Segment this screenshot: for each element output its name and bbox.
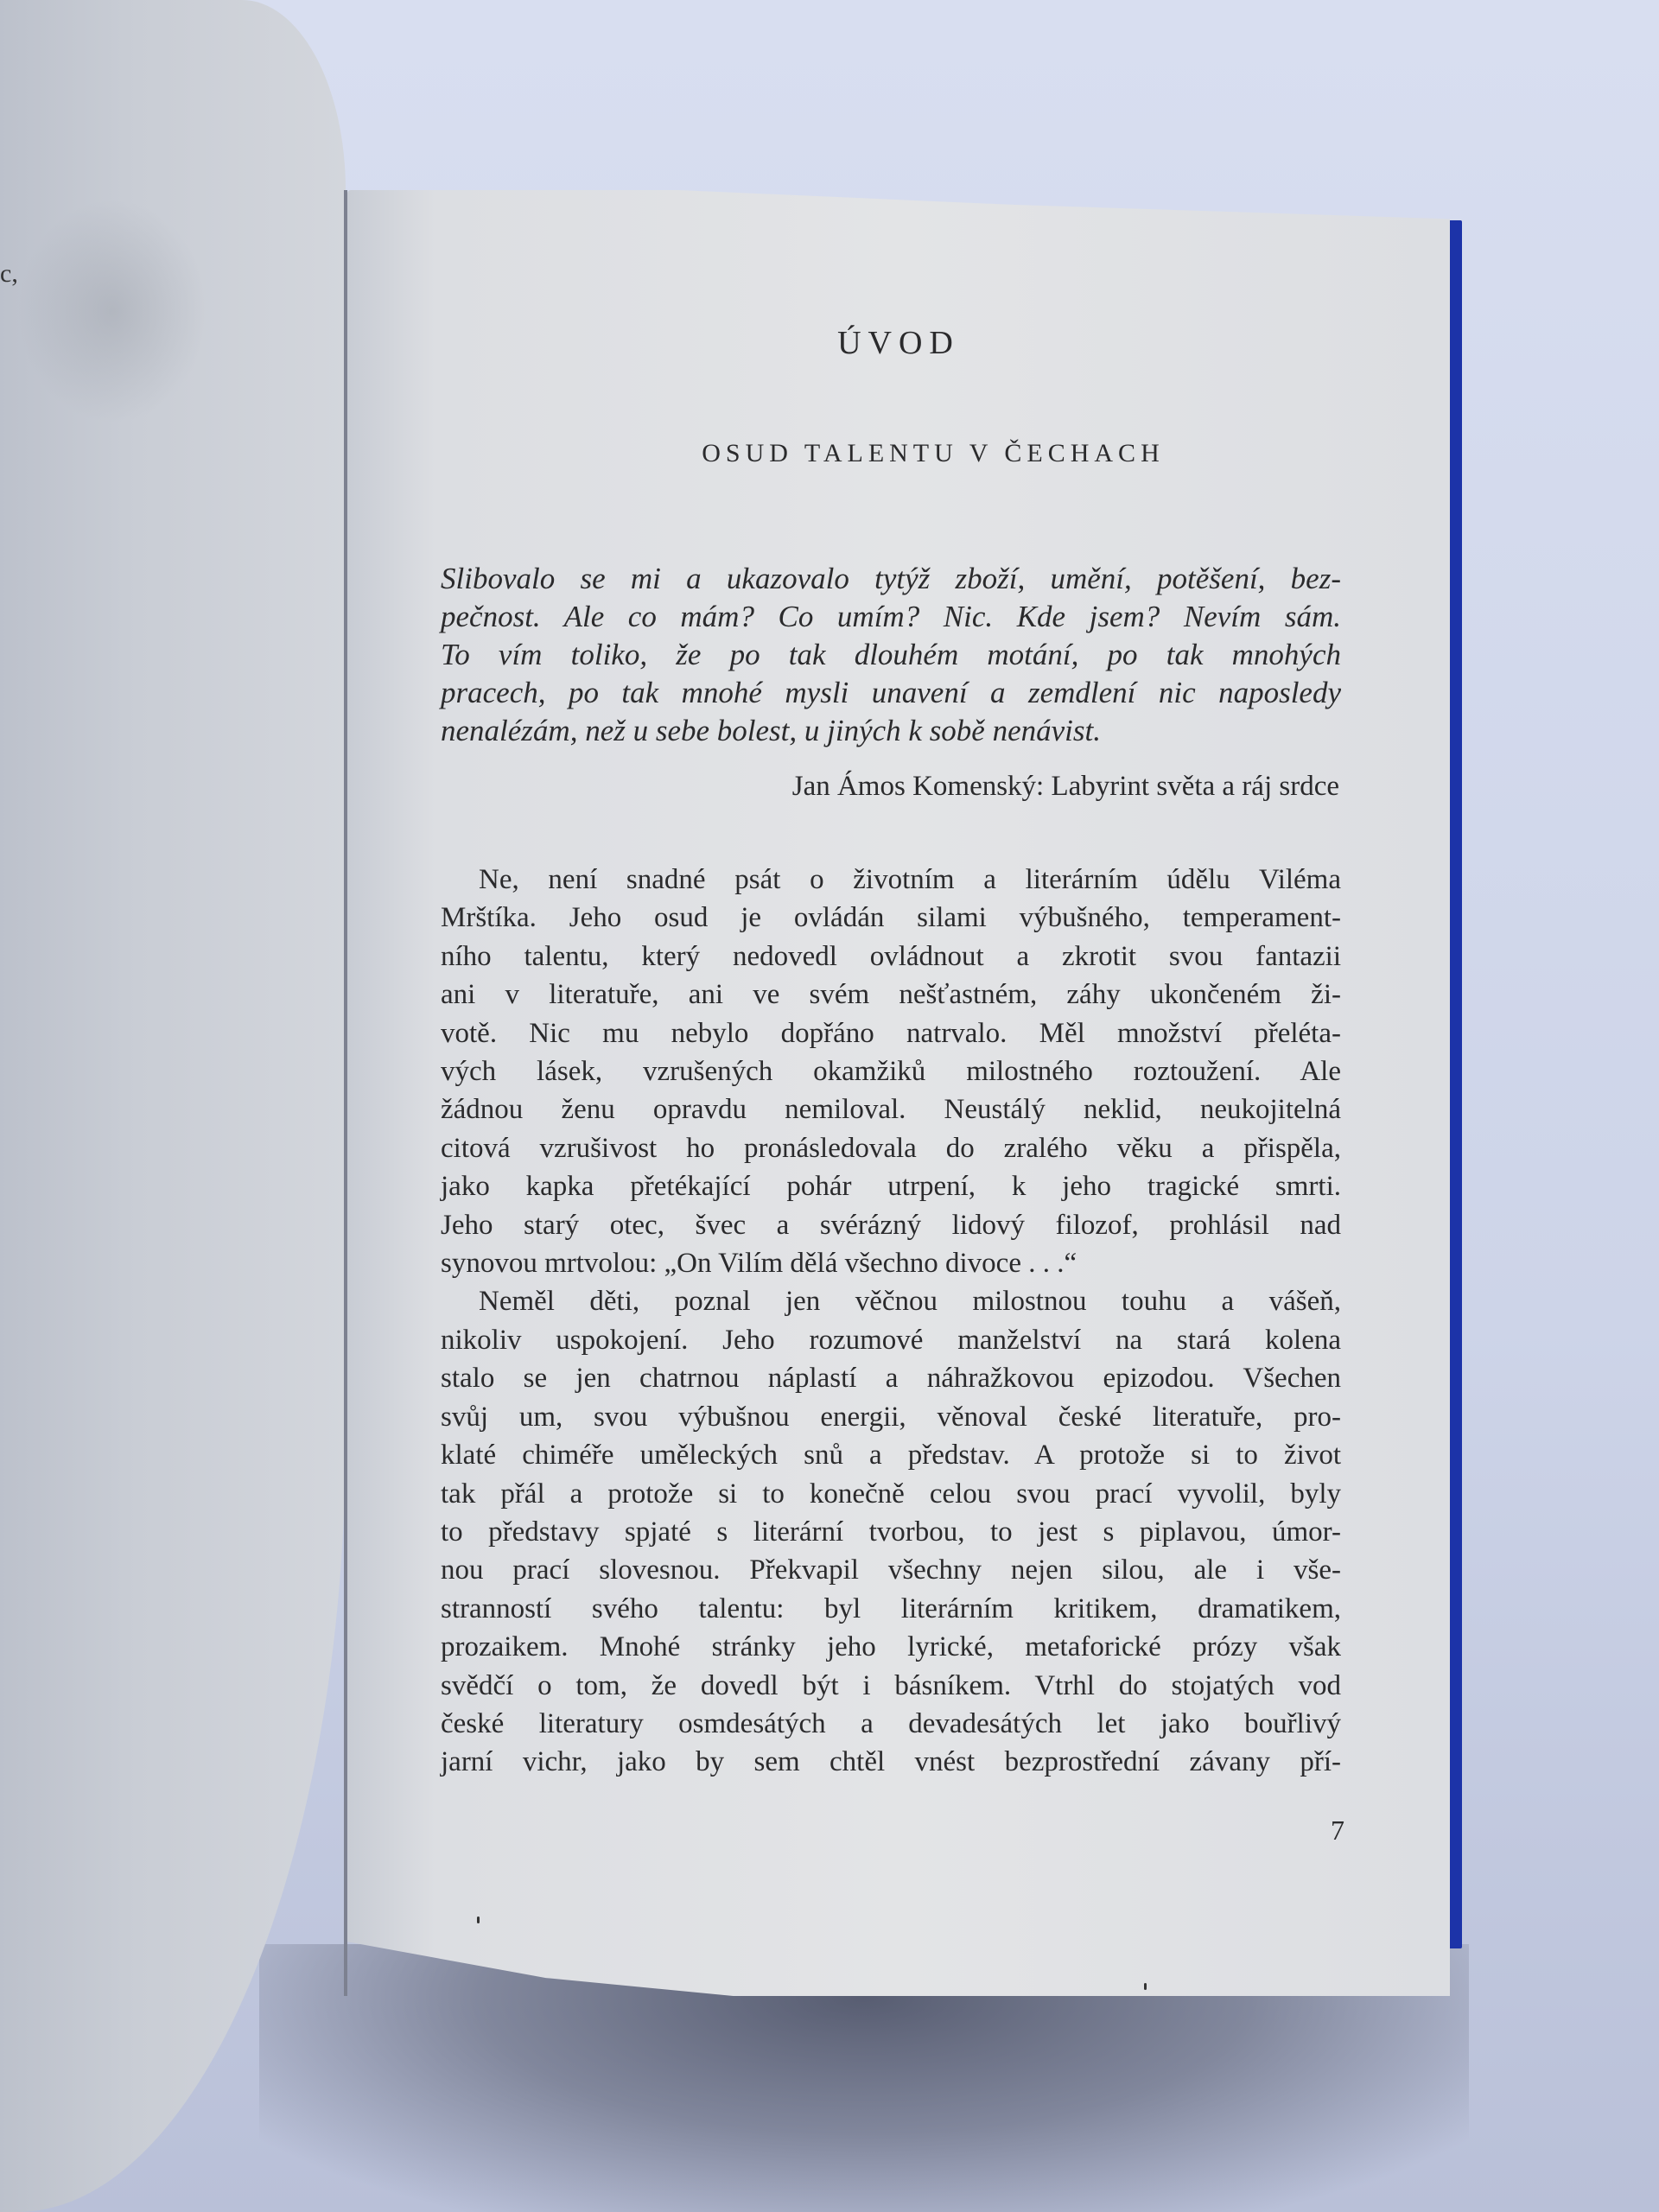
body-line: Mrštíka. Jeho osud je ovládán silami výb… <box>441 899 1341 937</box>
body-line: svědčí o tom, že dovedl být i básníkem. … <box>441 1667 1341 1705</box>
body-line: nikoliv uspokojení. Jeho rozumové manžel… <box>441 1321 1341 1359</box>
show-through-text <box>17 199 207 423</box>
body-line: jako kapka přetékající pohár utrpení, k … <box>441 1167 1341 1205</box>
body-line: jarní vichr, jako by sem chtěl vnést bez… <box>441 1743 1341 1781</box>
body-line: to představy spjaté s literární tvorbou,… <box>441 1513 1341 1551</box>
epigraph-line: To vím toliko, že po tak dlouhém motání,… <box>441 636 1341 674</box>
epigraph-line: pečnost. Ale co mám? Co umím? Nic. Kde j… <box>441 598 1341 636</box>
chapter-subtitle: OSUD TALENTU V ČECHACH <box>347 439 1450 468</box>
paper-speck <box>1144 1983 1147 1990</box>
body-line: tak přál a protože si to konečně celou s… <box>441 1475 1341 1513</box>
body-line: klaté chiméře uměleckých snů a představ.… <box>441 1436 1341 1474</box>
right-page: ÚVOD OSUD TALENTU V ČECHACH Slibovalo se… <box>347 190 1450 1996</box>
body-line: Jeho starý otec, švec a svérázný lidový … <box>441 1206 1341 1244</box>
epigraph-line: nenalézám, než u sebe bolest, u jiných k… <box>441 712 1341 750</box>
body-line: Ne, není snadné psát o životním a literá… <box>441 861 1341 899</box>
body-line: svůj um, svou výbušnou energii, věnoval … <box>441 1398 1341 1436</box>
body-line: synovou mrtvolou: „On Vilím dělá všechno… <box>441 1244 1341 1282</box>
epigraph-attribution: Jan Ámos Komenský: Labyrint světa a ráj … <box>792 771 1339 803</box>
margin-mark: c, <box>0 259 18 289</box>
body-line: žádnou ženu opravdu nemiloval. Neustálý … <box>441 1090 1341 1128</box>
body-line: české literatury osmdesátých a devadesát… <box>441 1705 1341 1743</box>
paper-speck <box>477 1916 480 1923</box>
body-line: ního talentu, který nedovedl ovládnout a… <box>441 938 1341 976</box>
epigraph-line: Slibovalo se mi a ukazovalo tytýž zboží,… <box>441 560 1341 598</box>
epigraph: Slibovalo se mi a ukazovalo tytýž zboží,… <box>441 560 1341 750</box>
body-line: prozaikem. Mnohé stránky jeho lyrické, m… <box>441 1628 1341 1666</box>
body-line: Neměl děti, poznal jen věčnou milostnou … <box>441 1282 1341 1320</box>
epigraph-line: pracech, po tak mnohé mysli unavení a ze… <box>441 674 1341 712</box>
body-line: vých lásek, vzrušených okamžiků milostné… <box>441 1052 1341 1090</box>
book-gutter <box>344 190 347 1996</box>
body-line: ani v literatuře, ani ve svém nešťastném… <box>441 976 1341 1014</box>
blue-cover-edge <box>1448 220 1462 1948</box>
body-text: Ne, není snadné psát o životním a literá… <box>441 861 1341 1782</box>
body-line: citová vzrušivost ho pronásledovala do z… <box>441 1129 1341 1167</box>
body-line: stranností svého talentu: byl literárním… <box>441 1590 1341 1628</box>
body-line: votě. Nic mu nebylo dopřáno natrvalo. Mě… <box>441 1014 1341 1052</box>
chapter-title: ÚVOD <box>347 324 1450 362</box>
page-number: 7 <box>1331 1815 1344 1847</box>
body-line: nou prací slovesnou. Překvapil všechny n… <box>441 1551 1341 1589</box>
body-line: stalo se jen chatrnou náplastí a náhražk… <box>441 1359 1341 1397</box>
